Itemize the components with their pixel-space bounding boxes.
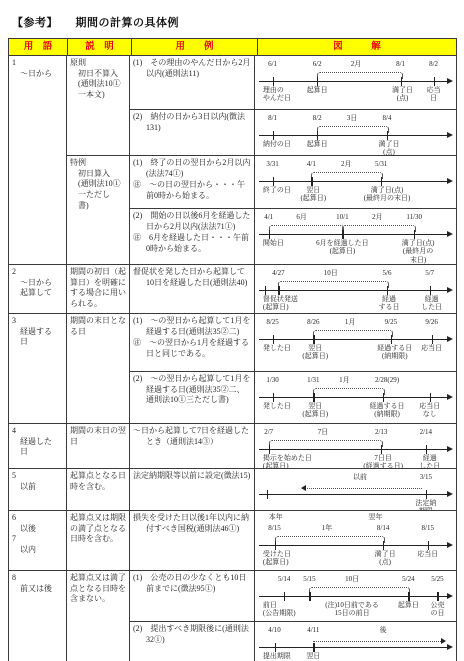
timeline-caption: 督促状発送 (起算日)	[263, 295, 298, 312]
timeline-caption: 法定納期限	[412, 499, 439, 510]
timeline-axis	[259, 449, 451, 450]
example-text: (1) その理由のやんだ日から2月以内(通則法11)	[133, 58, 252, 80]
description-cell: 起算点又は満了点となる日時を含まない。	[67, 571, 130, 661]
example-cell: (2) 開始の日以後6月を経過した日から2月以内(法法71①)㊟ 6月を経過した…	[130, 209, 255, 264]
description-cell: 期間の初日（起算日）を明確にする場合に用いられる。	[67, 265, 130, 313]
diagram-cell: 4/104/11後提出期限翌日	[255, 622, 456, 661]
example-cell: (2) 〜の翌日から起算して1月を経過する日(通則法35②二、通則法10①三ただ…	[130, 372, 255, 423]
diagram-cell: 8/258/261月9/259/26発した日翌日 (起算日)経過する日 (納期限…	[255, 314, 456, 371]
timeline-diagram: 1/301/311月2/28(29)発した日翌日 (起算日)経過する日 (納期限…	[259, 374, 453, 423]
timeline-tick	[342, 230, 343, 239]
term-cell: 6 以後 7 以内	[9, 511, 67, 570]
timeline-date-label: 10日	[345, 575, 359, 583]
timeline-date-label: 3/15	[420, 473, 432, 481]
timeline-caption: 提出期限	[263, 652, 291, 660]
description-block: 原則 初日不算入 (通則法10① 一本文)(1) その理由のやんだ日から2月以内…	[67, 56, 456, 155]
timeline-tick	[428, 541, 429, 550]
examples-group: 法定納期限等以前に設定(徴法15)以前3/15法定納期限	[130, 469, 456, 510]
timeline-tick	[317, 77, 318, 86]
example-text: ㊟ 〜の日の翌日から・・・午前0時から始まる。	[133, 180, 252, 202]
example-text: 法定納期限等以前に設定(徴法15)	[133, 471, 252, 482]
timeline-caption: 発した日	[263, 402, 291, 410]
timeline-span-bracket	[309, 587, 410, 594]
description-block: 期間の初日（起算日）を明確にする場合に用いられる。督促状を発した日から起算して1…	[67, 265, 456, 313]
timeline-date-label: 6月	[296, 213, 307, 221]
example-row: 法定納期限等以前に設定(徴法15)以前3/15法定納期限	[130, 469, 456, 510]
timeline-axis	[259, 181, 451, 182]
timeline-tick	[383, 393, 384, 402]
examples-group: (1) その理由のやんだ日から2月以内(通則法11)6/16/22月8/18/2…	[130, 56, 456, 155]
timeline-date-label: 6/1	[268, 60, 277, 68]
timeline-date-label: 1/30	[266, 376, 278, 384]
timeline-caption: 納付の日	[263, 140, 291, 148]
timeline-diagram: 以前3/15法定納期限	[259, 471, 453, 510]
timeline-tick	[313, 643, 314, 652]
timeline-caption: 翌日 (起算日)	[300, 186, 326, 203]
timeline-date-label: 8/4	[383, 114, 392, 122]
example-text: ㊟ 6月を経過した日・・・午前0時から始まる。	[133, 233, 252, 255]
timeline-axis	[259, 81, 451, 82]
timeline-caption: 起算日	[398, 601, 419, 609]
timeline-caption: 満了日(点) (最終月の末日)	[401, 239, 436, 264]
timeline-span-bracket	[275, 536, 386, 543]
timeline-diagram: 8/18/23日8/4納付の日起算日満了日 (点)	[259, 112, 453, 155]
row-blocks: 期間の末日となる日(1) 〜の翌日から起算して1月を経過する日(通則法35②二)…	[67, 314, 456, 423]
timeline-tick	[381, 177, 382, 186]
timeline-date-label: 後	[380, 626, 387, 634]
timeline-date-label: 8/25	[266, 318, 278, 326]
description-cell: 期間の末日の翌日	[67, 424, 130, 468]
timeline-date-label: 8/1	[268, 114, 277, 122]
table-body: 1 〜日から原則 初日不算入 (通則法10① 一本文)(1) その理由のやんだ日…	[9, 56, 456, 661]
timeline-diagram: 5/145/1510日5/245/25前日 (公告期限)(注)10日前である 1…	[259, 573, 453, 621]
timeline-date-label: 1年	[322, 524, 333, 532]
timeline-caption: 起算日	[307, 86, 328, 94]
timeline-date-label: 1月	[339, 376, 350, 384]
example-row: (1) 公売の日の少なくとも10日前までに(徴法95①)5/145/1510日5…	[130, 571, 456, 621]
example-row: (1) その理由のやんだ日から2月以内(通則法11)6/16/22月8/18/2…	[130, 56, 456, 109]
timeline-caption: 発した日	[263, 344, 291, 352]
timeline-date-label: 3日	[347, 114, 358, 122]
description-block: 起算点となる日時を含む。法定納期限等以前に設定(徴法15)以前3/15法定納期限	[67, 469, 456, 510]
example-cell: 損失を受けた日以後1年以内に納付すべき国税(通則法46①)	[130, 511, 255, 570]
description-cell: 期間の末日となる日	[67, 314, 130, 423]
timeline-date-label: 5/31	[375, 160, 387, 168]
example-text: 〜日から起算して7日を経過したとき（通則法14③）	[133, 426, 252, 448]
arrow-right-icon	[447, 336, 453, 342]
timeline-diagram: 2/77日2/132/14掲示を始めた日 (起算日)7日目 (経過する日)経過 …	[259, 426, 453, 468]
timeline-caption: 公売 の日	[430, 601, 444, 618]
table-row: 4 経過した 日期間の末日の翌日〜日から起算して7日を経過したとき（通則法14③…	[9, 424, 456, 469]
timeline-date-label: 以前	[353, 473, 367, 481]
timeline-span-bracket	[313, 388, 385, 395]
arrow-right-icon	[447, 231, 453, 237]
timeline-date-label: 10日	[324, 269, 338, 277]
document-page: 【参考】 期間の計算の具体例 用 語 説 明 用 例 図 解 1 〜日から原則 …	[0, 0, 464, 661]
timeline-date-label: 5/14	[278, 575, 290, 583]
timeline-date-label: 7日	[318, 428, 329, 436]
timeline-tick	[430, 286, 431, 295]
timeline-date-label: 6/2	[313, 60, 322, 68]
example-cell: (1) その理由のやんだ日から2月以内(通則法11)	[130, 56, 255, 109]
timeline-span-bracket	[269, 440, 384, 447]
timeline-caption: 満了日 (点)	[392, 86, 413, 103]
example-cell: 〜日から起算して7日を経過したとき（通則法14③）	[130, 424, 255, 468]
example-cell: (2) 納付の日から3日以内(徴法131)	[130, 110, 255, 155]
timeline-date-label: 2月	[372, 213, 383, 221]
row-blocks: 起算点又は満了点となる日時を含まない。(1) 公売の日の少なくとも10日前までに…	[67, 571, 456, 661]
timeline-caption: 受けた日 (起算日)	[263, 550, 291, 567]
timeline-axis	[259, 647, 451, 648]
timeline-tick	[313, 335, 314, 344]
timeline-date-label: 1月	[345, 318, 356, 326]
timeline-caption: 6月を経過した日 (起算日)	[316, 239, 369, 256]
arrow-left-dotted-icon	[302, 488, 422, 489]
examples-group: (1) 〜の翌日から起算して1月を経過する日(通則法35②二)㊟ 〜の翌日から1…	[130, 314, 456, 423]
timeline-date-label: 5/7	[425, 269, 434, 277]
timeline-tick	[273, 393, 274, 402]
timeline-caption: 翌日 (起算日)	[302, 344, 328, 361]
example-cell: (1) 終了の日の翌日から2月以内(法法74①)㊟ 〜の日の翌日から・・・午前0…	[130, 156, 255, 208]
page-title: 【参考】 期間の計算の具体例	[12, 14, 179, 30]
timeline-year-label: 翌年	[368, 513, 382, 521]
timeline-date-label: 2/13	[375, 428, 387, 436]
timeline-tick	[273, 177, 274, 186]
timeline-caption: 経過 した日	[419, 454, 440, 468]
timeline-axis	[259, 596, 451, 597]
example-text: 督促状を発した日から起算して10日を経過した日(通則法40)	[133, 267, 252, 289]
timeline-date-label: 4/1	[264, 213, 273, 221]
timeline-caption: 翌日	[306, 652, 320, 660]
timeline-axis	[259, 494, 451, 495]
timeline-tick	[269, 445, 270, 454]
arrow-right-icon	[447, 287, 453, 293]
timeline-date-label: 5/25	[431, 575, 443, 583]
description-block: 期間の末日となる日(1) 〜の翌日から起算して1月を経過する日(通則法35②二)…	[67, 314, 456, 423]
example-row: (2) 開始の日以後6月を経過した日から2月以内(法法71①)㊟ 6月を経過した…	[130, 208, 456, 264]
timeline-span-bracket	[342, 225, 416, 232]
example-cell: (1) 〜の翌日から起算して1月を経過する日(通則法35②二)㊟ 〜の翌日から1…	[130, 314, 255, 371]
timeline-span-bracket	[269, 225, 345, 232]
example-row: (1) 終了の日の翌日から2月以内(法法74①)㊟ 〜の日の翌日から・・・午前0…	[130, 156, 456, 208]
example-cell: (1) 公売の日の少なくとも10日前までに(徴法95①)	[130, 571, 255, 621]
timeline-axis	[259, 397, 451, 398]
diagram-cell: 5/145/1510日5/245/25前日 (公告期限)(注)10日前である 1…	[255, 571, 456, 621]
timeline-tick	[430, 393, 431, 402]
diagram-cell: 2/77日2/132/14掲示を始めた日 (起算日)7日目 (経過する日)経過 …	[255, 424, 456, 468]
timeline-caption: 経過する日 (納期限)	[377, 344, 412, 361]
timeline-tick	[387, 131, 388, 140]
arrow-right-icon	[447, 491, 453, 497]
timeline-tick	[309, 592, 310, 601]
timeline-date-label: 11/30	[406, 213, 422, 221]
description-block: 期間の末日の翌日〜日から起算して7日を経過したとき（通則法14③）2/77日2/…	[67, 424, 456, 468]
timeline-tick	[317, 131, 318, 140]
example-cell: (2) 提出すべき期限後に(通則法32①)	[130, 622, 255, 661]
timeline-caption: 応当日	[421, 344, 442, 352]
example-cell: 法定納期限等以前に設定(徴法15)	[130, 469, 255, 510]
row-blocks: 期間の初日（起算日）を明確にする場合に用いられる。督促状を発した日から起算して1…	[67, 265, 456, 313]
timeline-diagram: 8/258/261月9/259/26発した日翌日 (起算日)経過する日 (納期限…	[259, 316, 453, 371]
timeline-span-bracket	[317, 126, 389, 133]
description-cell: 原則 初日不算入 (通則法10① 一本文)	[67, 56, 130, 155]
timeline-year-label: 本年	[269, 513, 283, 521]
example-text: (2) 提出すべき期限後に(通則法32①)	[133, 624, 252, 646]
timeline-caption: 応当日 なし	[419, 402, 440, 419]
timeline-date-label: 10/1	[336, 213, 348, 221]
timeline-tick	[311, 177, 312, 186]
timeline-axis	[259, 135, 451, 136]
timeline-tick	[284, 592, 285, 601]
timeline-caption: 起算日	[307, 140, 328, 148]
timeline-caption: 応当日	[417, 550, 438, 558]
timeline-date-label: 4/1	[307, 160, 316, 168]
row-blocks: 原則 初日不算入 (通則法10① 一本文)(1) その理由のやんだ日から2月以内…	[67, 56, 456, 264]
timeline-diagram: 6/16/22月8/18/2理由の やんだ日起算日満了日 (点)応当日	[259, 58, 453, 109]
timeline-tick	[273, 335, 274, 344]
arrow-right-icon	[447, 394, 453, 400]
timeline-caption: 経過する日 (納期限)	[370, 402, 405, 419]
example-cell: 督促状を発した日から起算して10日を経過した日(通則法40)	[130, 265, 255, 313]
timeline-diagram: 本年翌年8/151年8/148/15受けた日 (起算日)満了日 (点)応当日	[259, 513, 453, 570]
timeline-tick	[401, 77, 402, 86]
timeline-tick	[265, 286, 266, 295]
timeline-caption: 満了日 (点)	[375, 550, 396, 567]
example-text: ㊟ 〜の翌日から1月を経過する日と同じである。	[133, 338, 252, 360]
diagram-cell: 4/16月10/12月11/30開始日6月を経過した日 (起算日)満了日(点) …	[255, 209, 456, 264]
term-cell: 5 以前	[9, 469, 67, 510]
timeline-date-label: 3/31	[266, 160, 278, 168]
timeline-diagram: 3/314/12月5/31終了の日翌日 (起算日)満了日(点) (最終月の末日)	[259, 158, 453, 208]
timeline-span-bracket	[311, 172, 383, 179]
timeline-date-label: 4/10	[268, 626, 280, 634]
table-row: 3 経過する 日期間の末日となる日(1) 〜の翌日から起算して1月を経過する日(…	[9, 314, 456, 424]
arrow-right-dotted-icon	[313, 641, 445, 642]
table-row: 6 以後 7 以内起算点又は期限の満了点となる日時を含む。損失を受けた日以後1年…	[9, 511, 456, 571]
arrow-right-icon	[447, 593, 453, 599]
timeline-caption: 経過 する日	[378, 295, 399, 312]
timeline-caption: 理由の やんだ日	[263, 86, 291, 103]
table-row: 2 〜日から 起算して期間の初日（起算日）を明確にする場合に用いられる。督促状を…	[9, 265, 456, 314]
timeline-date-label: 2/14	[420, 428, 432, 436]
timeline-date-label: 5/24	[402, 575, 414, 583]
examples-group: (1) 公売の日の少なくとも10日前までに(徴法95①)5/145/1510日5…	[130, 571, 456, 661]
examples-group: 損失を受けた日以後1年以内に納付すべき国税(通則法46①)本年翌年8/151年8…	[130, 511, 456, 570]
example-row: (2) 納付の日から3日以内(徴法131)8/18/23日8/4納付の日起算日満…	[130, 109, 456, 155]
timeline-tick	[434, 77, 435, 86]
diagram-cell: 1/301/311月2/28(29)発した日翌日 (起算日)経過する日 (納期限…	[255, 372, 456, 423]
timeline-date-label: 9/26	[425, 318, 437, 326]
timeline-date-label: 2月	[351, 60, 362, 68]
timeline-caption: 満了日 (点)	[378, 140, 399, 155]
timeline-date-label: 8/14	[377, 524, 389, 532]
diagram-cell: 4/2710日5/65/7督促状発送 (起算日)経過 する日経過 した日	[255, 265, 456, 313]
timeline-span-bracket	[278, 281, 389, 288]
timeline-diagram: 4/104/11後提出期限翌日	[259, 624, 453, 661]
example-row: 損失を受けた日以後1年以内に納付すべき国税(通則法46①)本年翌年8/151年8…	[130, 511, 456, 570]
term-cell: 3 経過する 日	[9, 314, 67, 423]
timeline-date-label: 1/31	[307, 376, 319, 384]
timeline-tick	[432, 335, 433, 344]
term-cell: 2 〜日から 起算して	[9, 265, 67, 313]
row-blocks: 起算点となる日時を含む。法定納期限等以前に設定(徴法15)以前3/15法定納期限	[67, 469, 456, 510]
timeline-caption: 翌日 (起算日)	[302, 402, 328, 419]
timeline-caption: 応当日	[424, 86, 443, 103]
description-cell: 起算点又は期限の満了点となる日時を含む。	[67, 511, 130, 570]
timeline-tick	[426, 490, 427, 499]
example-row: (2) 〜の翌日から起算して1月を経過する日(通則法35②二、通則法10①三ただ…	[130, 371, 456, 423]
example-row: 督促状を発した日から起算して10日を経過した日(通則法40)4/2710日5/6…	[130, 265, 456, 313]
examples-group: (1) 終了の日の翌日から2月以内(法法74①)㊟ 〜の日の翌日から・・・午前0…	[130, 156, 456, 264]
timeline-date-label: 2/28(29)	[375, 376, 399, 384]
timeline-date-label: 8/2	[313, 114, 322, 122]
timeline-axis	[259, 290, 451, 291]
row-blocks: 起算点又は期限の満了点となる日時を含む。損失を受けた日以後1年以内に納付すべき国…	[67, 511, 456, 570]
term-cell: 4 経過した 日	[9, 424, 67, 468]
timeline-tick	[426, 445, 427, 454]
header-description: 説 明	[68, 39, 132, 55]
example-text: (1) 〜の翌日から起算して1月を経過する日(通則法35②二)	[133, 316, 252, 338]
timeline-tick	[313, 393, 314, 402]
row-blocks: 期間の末日の翌日〜日から起算して7日を経過したとき（通則法14③）2/77日2/…	[67, 424, 456, 468]
timeline-caption: 満了日(点) (最終月の末日)	[364, 186, 411, 203]
timeline-date-label: 2月	[341, 160, 352, 168]
example-row: (2) 提出すべき期限後に(通則法32①)4/104/11後提出期限翌日	[130, 621, 456, 661]
example-text: (1) 終了の日の翌日から2月以内(法法74①)	[133, 158, 252, 180]
timeline-tick	[381, 445, 382, 454]
description-cell: 特例 初日算入 (通則法10① 一ただし 書)	[67, 156, 130, 264]
header-example: 用 例	[132, 39, 258, 55]
timeline-date-label: 2/7	[264, 428, 273, 436]
term-cell: 8 前又は後	[9, 571, 67, 661]
timeline-date-label: 4/11	[307, 626, 319, 634]
arrow-right-icon	[447, 446, 453, 452]
timeline-tick	[273, 131, 274, 140]
description-cell: 起算点となる日時を含む。	[67, 469, 130, 510]
header-term: 用 語	[9, 39, 68, 55]
timeline-tick	[278, 286, 279, 295]
arrow-right-icon	[447, 178, 453, 184]
timeline-date-label: 5/15	[303, 575, 315, 583]
period-calculation-table: 用 語 説 明 用 例 図 解 1 〜日から原則 初日不算入 (通則法10① 一…	[8, 38, 457, 661]
timeline-caption: 経過 した日	[421, 295, 442, 312]
timeline-axis	[259, 545, 451, 546]
timeline-span-bracket	[317, 72, 402, 79]
description-block: 特例 初日算入 (通則法10① 一ただし 書)(1) 終了の日の翌日から2月以内…	[67, 155, 456, 264]
timeline-date-label: 8/26	[307, 318, 319, 326]
example-text: 損失を受けた日以後1年以内に納付すべき国税(通則法46①)	[133, 513, 252, 535]
table-row: 1 〜日から原則 初日不算入 (通則法10① 一本文)(1) その理由のやんだ日…	[9, 56, 456, 265]
timeline-tick	[414, 230, 415, 239]
timeline-date-label: 8/1	[396, 60, 405, 68]
timeline-axis	[259, 339, 451, 340]
timeline-tick	[273, 77, 274, 86]
timeline-date-label: 9/25	[385, 318, 397, 326]
arrow-right-icon	[447, 644, 453, 650]
timeline-diagram: 4/16月10/12月11/30開始日6月を経過した日 (起算日)満了日(点) …	[259, 211, 453, 264]
example-text: (2) 納付の日から3日以内(徴法131)	[133, 112, 252, 134]
arrow-right-icon	[447, 542, 453, 548]
example-row: 〜日から起算して7日を経過したとき（通則法14③）2/77日2/132/14掲示…	[130, 424, 456, 468]
arrow-right-icon	[447, 132, 453, 138]
description-block: 起算点又は満了点となる日時を含まない。(1) 公売の日の少なくとも10日前までに…	[67, 571, 456, 661]
header-diagram: 図 解	[258, 39, 456, 55]
timeline-tick	[437, 592, 438, 601]
timeline-tick	[275, 541, 276, 550]
timeline-date-label: 5/6	[383, 269, 392, 277]
example-text: (2) 開始の日以後6月を経過した日から2月以内(法法71①)	[133, 211, 252, 233]
table-row: 8 前又は後起算点又は満了点となる日時を含まない。(1) 公売の日の少なくとも1…	[9, 571, 456, 661]
timeline-tick	[387, 286, 388, 295]
diagram-cell: 3/314/12月5/31終了の日翌日 (起算日)満了日(点) (最終月の末日)	[255, 156, 456, 208]
diagram-cell: 8/18/23日8/4納付の日起算日満了日 (点)	[255, 110, 456, 155]
timeline-date-label: 4/27	[272, 269, 284, 277]
table-header-row: 用 語 説 明 用 例 図 解	[9, 39, 456, 56]
term-cell: 1 〜日から	[9, 56, 67, 264]
diagram-cell: 6/16/22月8/18/2理由の やんだ日起算日満了日 (点)応当日	[255, 56, 456, 109]
timeline-caption: 開始日	[263, 239, 284, 247]
timeline-tick	[391, 335, 392, 344]
timeline-diagram: 4/2710日5/65/7督促状発送 (起算日)経過 する日経過 した日	[259, 267, 453, 313]
timeline-caption: 掲示を始めた日 (起算日)	[263, 454, 312, 468]
example-text: (1) 公売の日の少なくとも10日前までに(徴法95①)	[133, 573, 252, 595]
timeline-date-label: 8/15	[422, 524, 434, 532]
timeline-tick	[267, 490, 268, 499]
timeline-axis	[259, 234, 451, 235]
timeline-date-label: 8/2	[429, 60, 438, 68]
example-text: (2) 〜の翌日から起算して1月を経過する日(通則法35②二、通則法10①三ただ…	[133, 374, 252, 406]
examples-group: 〜日から起算して7日を経過したとき（通則法14③）2/77日2/132/14掲示…	[130, 424, 456, 468]
timeline-tick	[269, 230, 270, 239]
diagram-cell: 本年翌年8/151年8/148/15受けた日 (起算日)満了日 (点)応当日	[255, 511, 456, 570]
table-row: 5 以前起算点となる日時を含む。法定納期限等以前に設定(徴法15)以前3/15法…	[9, 469, 456, 511]
timeline-span-bracket	[313, 330, 393, 337]
timeline-tick	[275, 643, 276, 652]
timeline-tick	[408, 592, 409, 601]
timeline-caption: 前日 (公告期限)	[263, 601, 296, 618]
timeline-caption: 終了の日	[263, 186, 291, 194]
description-block: 起算点又は期限の満了点となる日時を含む。損失を受けた日以後1年以内に納付すべき国…	[67, 511, 456, 570]
timeline-tick	[383, 541, 384, 550]
example-row: (1) 〜の翌日から起算して1月を経過する日(通則法35②二)㊟ 〜の翌日から1…	[130, 314, 456, 371]
timeline-date-label: 8/15	[268, 524, 280, 532]
timeline-caption: 7日目 (経過する日)	[363, 454, 403, 468]
arrow-right-icon	[447, 78, 453, 84]
diagram-cell: 以前3/15法定納期限	[255, 469, 456, 510]
timeline-caption: (注)10日前である 15日の前日	[325, 601, 379, 618]
examples-group: 督促状を発した日から起算して10日を経過した日(通則法40)4/2710日5/6…	[130, 265, 456, 313]
